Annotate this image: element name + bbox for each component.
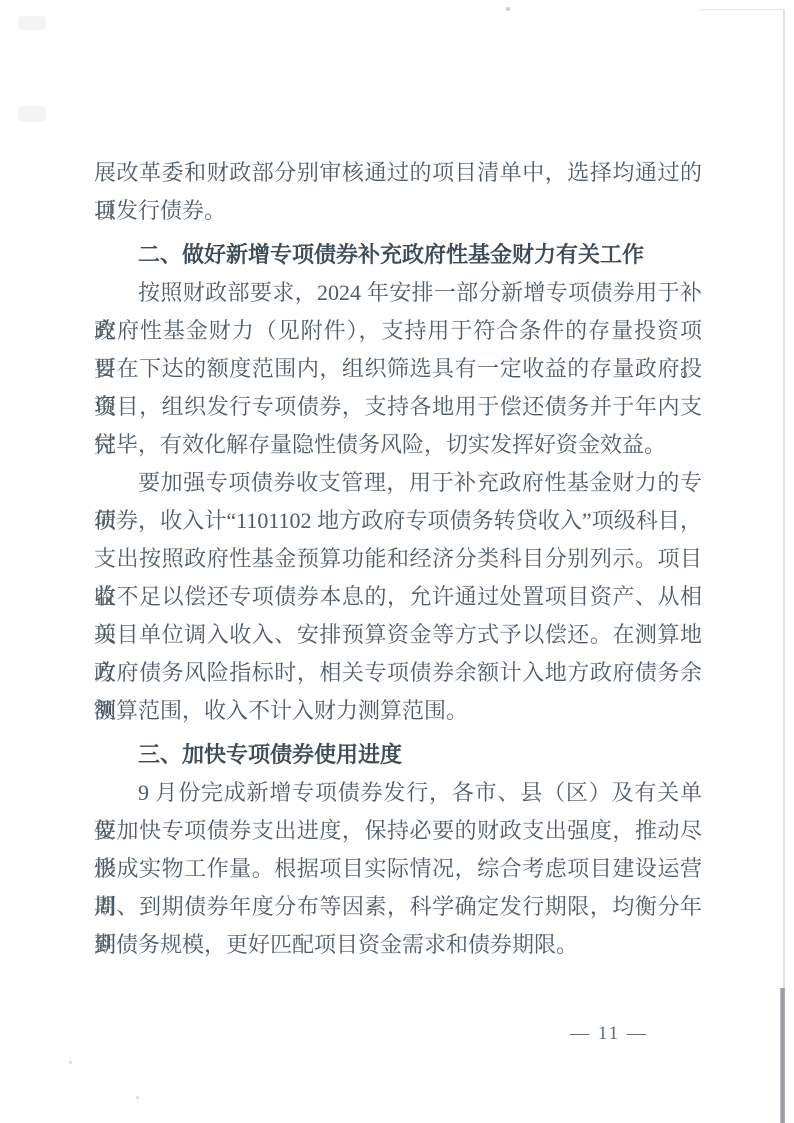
- text-line: 益不足以偿还专项债券本息的，允许通过处置项目资产、从相关: [94, 578, 702, 616]
- page-number: — 11 —: [563, 1022, 655, 1046]
- text-line: 要加快专项债券支出进度，保持必要的财政支出强度，推动尽快: [94, 812, 702, 850]
- scan-speck: [69, 1061, 72, 1064]
- scan-smudge: [18, 16, 46, 30]
- scan-smudge: [18, 106, 46, 122]
- text-line: 期、到期债券年度分布等因素，科学确定发行期限，均衡分年到: [94, 888, 702, 926]
- text-line: 要加强专项债券收支管理，用于补充政府性基金财力的专项: [94, 464, 702, 502]
- text-line: 测算范围，收入不计入财力测算范围。: [94, 692, 702, 730]
- scan-edge-right: [783, 9, 785, 990]
- section-heading: 二、做好新增专项债券补充政府性基金财力有关工作: [94, 236, 702, 274]
- scan-speck: [506, 7, 510, 11]
- scan-speck: [136, 1096, 139, 1099]
- text-line: 9 月份完成新增专项债券发行，各市、县（区）及有关单位: [94, 774, 702, 812]
- text-line: 要在下达的额度范围内，组织筛选具有一定收益的存量政府投资: [94, 350, 702, 388]
- text-line: 展改革委和财政部分别审核通过的项目清单中，选择均通过的项: [94, 154, 702, 192]
- text-line: 政府债务风险指标时，相关专项债券余额计入地方政府债务余额: [94, 654, 702, 692]
- text-line: 完毕，有效化解存量隐性债务风险，切实发挥好资金效益。: [94, 426, 702, 464]
- scan-edge-right-dark: [780, 988, 785, 1123]
- scan-edge-top: [700, 9, 784, 10]
- text-line: 形成实物工作量。根据项目实际情况，综合考虑项目建设运营周: [94, 850, 702, 888]
- scanned-document-page: 展改革委和财政部分别审核通过的项目清单中，选择均通过的项 目发行债券。 二、做好…: [0, 0, 794, 1123]
- text-line: 期债务规模，更好匹配项目资金需求和债券期限。: [94, 926, 702, 964]
- document-body: 展改革委和财政部分别审核通过的项目清单中，选择均通过的项 目发行债券。 二、做好…: [94, 154, 702, 964]
- section-heading: 三、加快专项债券使用进度: [94, 736, 702, 774]
- text-line: 项目单位调入收入、安排预算资金等方式予以偿还。在测算地方: [94, 616, 702, 654]
- text-line: 债券，收入计“1101102 地方政府专项债务转贷收入”项级科目，: [94, 502, 702, 540]
- text-line: 项目，组织发行专项债券，支持各地用于偿还债务并于年内支付: [94, 388, 702, 426]
- text-line: 政府性基金财力（见附件），支持用于符合条件的存量投资项目。: [94, 312, 702, 350]
- text-line: 目发行债券。: [94, 192, 702, 230]
- text-line: 支出按照政府性基金预算功能和经济分类科目分别列示。项目收: [94, 540, 702, 578]
- text-line: 按照财政部要求，2024 年安排一部分新增专项债券用于补充: [94, 274, 702, 312]
